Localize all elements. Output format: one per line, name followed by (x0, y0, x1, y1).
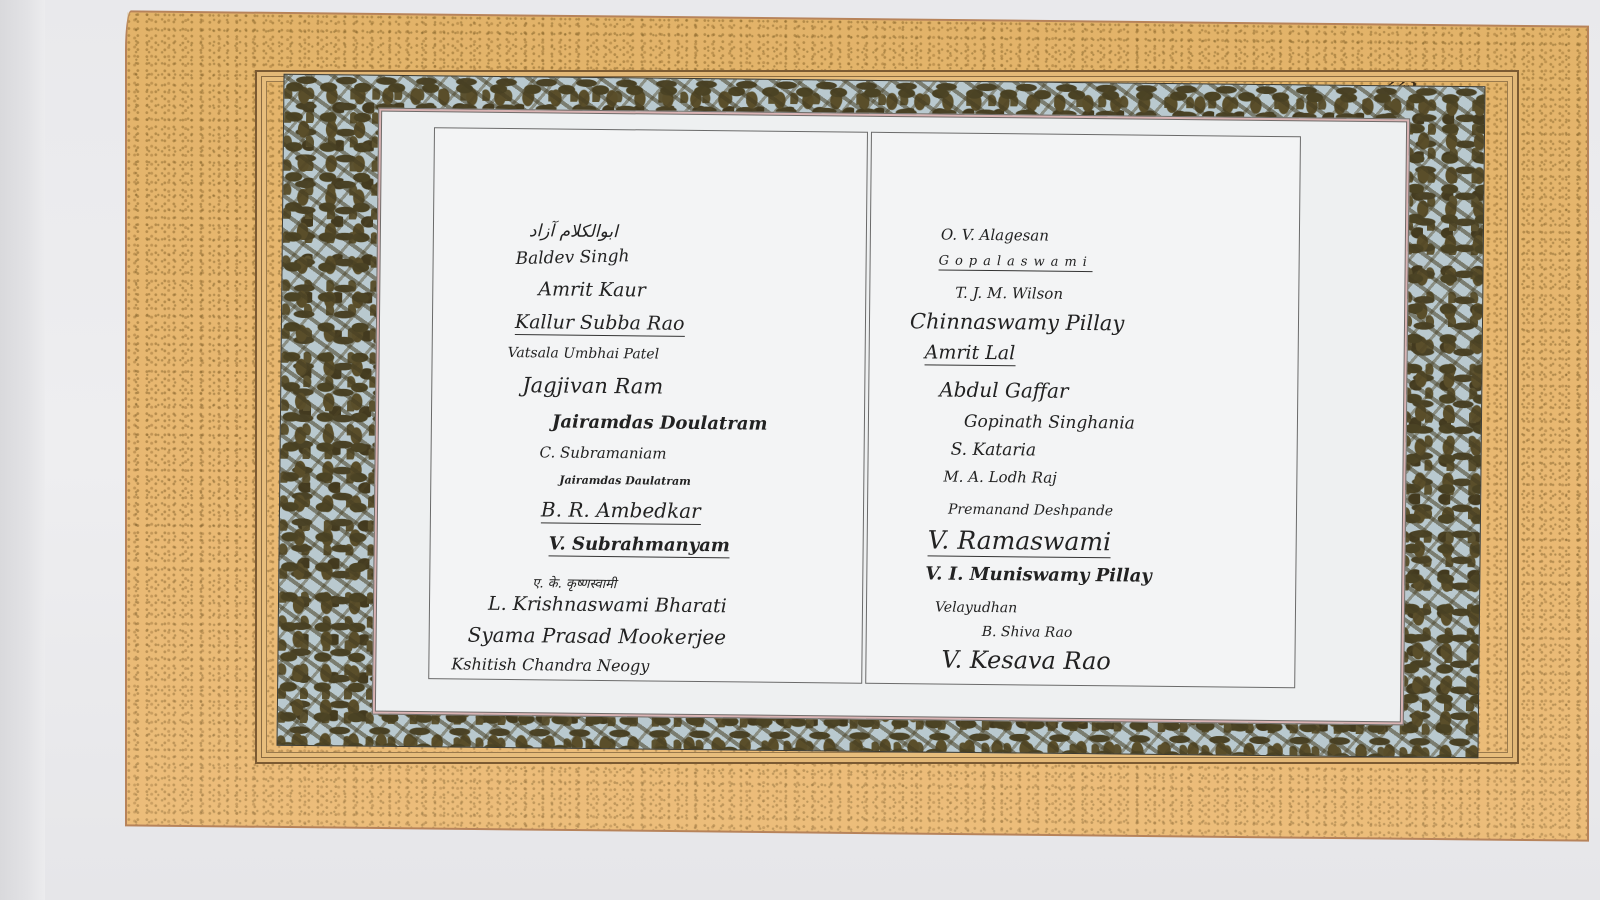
signature: L. Krishnaswami Bharati (488, 593, 727, 617)
signature-sheet: ابوالکلام آزاد Baldev Singh Amrit Kaur K… (372, 108, 1410, 726)
signature: Amrit Kaur (538, 278, 646, 301)
signature: Syama Prasad Mookerjee (468, 623, 727, 650)
signature: ابوالکلام آزاد (529, 221, 618, 242)
signature: Abdul Gaffar (939, 378, 1068, 403)
book-gutter-shadow (0, 0, 45, 900)
signature: Kallur Subba Rao (515, 311, 685, 337)
left-signature-column: ابوالکلام آزاد Baldev Singh Amrit Kaur K… (428, 127, 868, 684)
signature: M. A. Lodh Raj (943, 468, 1057, 487)
signature: Gopinath Singhania (964, 412, 1135, 434)
signature: Jairamdas Doulatram (552, 411, 768, 434)
signature: B. Shiva Rao (982, 624, 1073, 641)
signature: Gopalaswami (939, 253, 1093, 272)
signature: Jagjivan Ram (522, 373, 663, 398)
signature: V. I. Muniswamy Pillay (925, 563, 1152, 586)
signature: T. J. M. Wilson (955, 284, 1063, 303)
signature: Chinnaswamy Pillay (910, 309, 1125, 335)
signature: Jairamdas Daulatram (559, 474, 691, 488)
signature: Kshitish Chandra Neogy (451, 654, 649, 675)
signature: V. Subrahmanyam (549, 533, 730, 558)
signature: V. Kesava Rao (941, 646, 1111, 676)
signature: V. Ramaswami (928, 525, 1112, 558)
signature: Vatsala Umbhai Patel (508, 345, 660, 363)
signature: Premanand Deshpande (948, 502, 1113, 520)
right-signature-column: O. V. Alagesan Gopalaswami T. J. M. Wils… (865, 132, 1301, 688)
signature: C. Subramaniam (540, 443, 667, 462)
signature: O. V. Alagesan (941, 226, 1049, 245)
signature: B. R. Ambedkar (541, 497, 701, 525)
signature: S. Kataria (951, 440, 1037, 461)
signature: Velayudhan (935, 599, 1017, 616)
signature: ए. के. कृष्णस्वामी (532, 573, 616, 592)
signature: Baldev Singh (515, 246, 629, 269)
signature: Amrit Lal (925, 341, 1016, 366)
